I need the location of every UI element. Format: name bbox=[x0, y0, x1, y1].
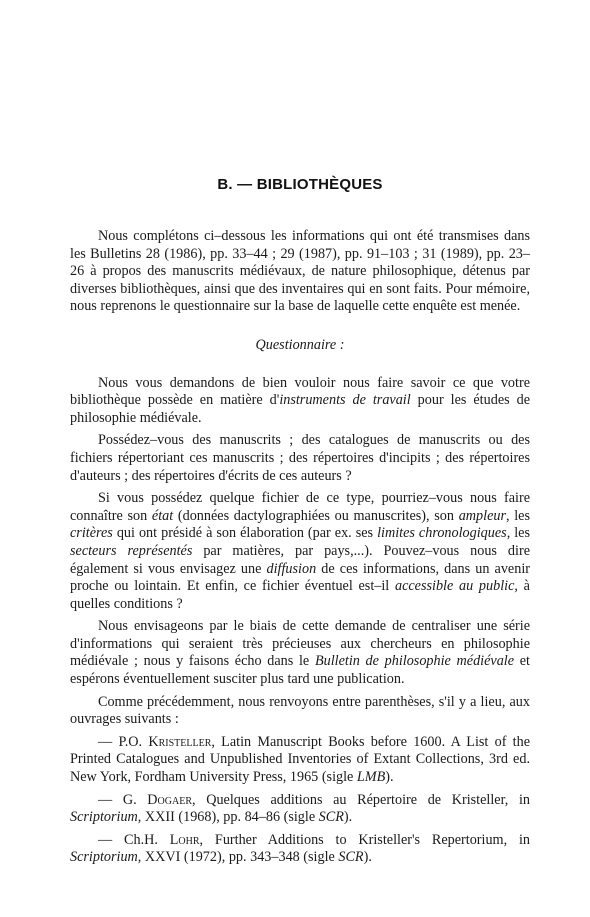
reference-item: — G. Dogaer, Quelques additions au Réper… bbox=[70, 792, 530, 827]
sigle: SCR bbox=[319, 809, 344, 825]
author-initials: Ch.H. bbox=[124, 832, 170, 848]
text-run: ). bbox=[344, 809, 352, 825]
author-name: Lohr bbox=[170, 832, 200, 848]
reference-text: , Quelques additions au Répertoire de Kr… bbox=[192, 792, 530, 808]
emphasis-instruments: instruments de travail bbox=[279, 392, 410, 408]
emphasis-bulletin-title: Bulletin de philosophie médiévale bbox=[315, 653, 514, 669]
text-run: ). bbox=[385, 769, 393, 785]
dash: — bbox=[98, 734, 118, 750]
reference-item: — Ch.H. Lohr, Further Additions to Krist… bbox=[70, 832, 530, 867]
emphasis-diffusion: diffusion bbox=[267, 561, 317, 577]
questionnaire-paragraph-3: Si vous possédez quelque fichier de ce t… bbox=[70, 490, 530, 613]
journal-title: Scriptorium bbox=[70, 809, 138, 825]
emphasis-limites: limites chronologiques bbox=[377, 525, 507, 541]
reference-text: , Further Additions to Kristeller's Repe… bbox=[200, 832, 530, 848]
reference-list: — P.O. Kristeller, Latin Manuscript Book… bbox=[70, 734, 530, 867]
reference-text: , XXVI (1972), pp. 343–348 (sigle bbox=[138, 849, 339, 865]
emphasis-secteurs: secteurs représentés bbox=[70, 543, 192, 559]
dash: — bbox=[98, 832, 124, 848]
emphasis-etat: état bbox=[152, 508, 173, 524]
text-run: ). bbox=[364, 849, 372, 865]
author-name: Dogaer bbox=[147, 792, 192, 808]
reference-item: — P.O. Kristeller, Latin Manuscript Book… bbox=[70, 734, 530, 787]
dash: — bbox=[98, 792, 123, 808]
questionnaire-paragraph-5: Comme précédemment, nous renvoyons entre… bbox=[70, 694, 530, 729]
text-run: (données dactylographiées ou manuscrites… bbox=[173, 508, 459, 524]
emphasis-ampleur: ampleur bbox=[459, 508, 506, 524]
reference-text: , XXII (1968), pp. 84–86 (sigle bbox=[138, 809, 319, 825]
questionnaire-paragraph-1: Nous vous demandons de bien vouloir nous… bbox=[70, 375, 530, 428]
text-run: , les bbox=[506, 508, 530, 524]
sigle: SCR bbox=[338, 849, 363, 865]
section-title: B. — BIBLIOTHÈQUES bbox=[70, 176, 530, 193]
body-text: Nous complétons ci–dessous les informati… bbox=[70, 228, 530, 867]
intro-paragraph: Nous complétons ci–dessous les informati… bbox=[70, 228, 530, 316]
author-initials: P.O. bbox=[118, 734, 148, 750]
text-run: qui ont présidé à son élaboration (par e… bbox=[113, 525, 377, 541]
questionnaire-paragraph-4: Nous envisageons par le biais de cette d… bbox=[70, 618, 530, 688]
questionnaire-paragraph-2: Possédez–vous des manuscrits ; des catal… bbox=[70, 432, 530, 485]
emphasis-accessible: accessible au public bbox=[395, 578, 514, 594]
sigle: LMB bbox=[357, 769, 385, 785]
author-name: Kristeller bbox=[148, 734, 211, 750]
author-initials: G. bbox=[123, 792, 147, 808]
questionnaire-heading: Questionnaire : bbox=[70, 337, 530, 355]
journal-title: Scriptorium bbox=[70, 849, 138, 865]
text-run: , les bbox=[507, 525, 530, 541]
emphasis-criteres: critères bbox=[70, 525, 113, 541]
